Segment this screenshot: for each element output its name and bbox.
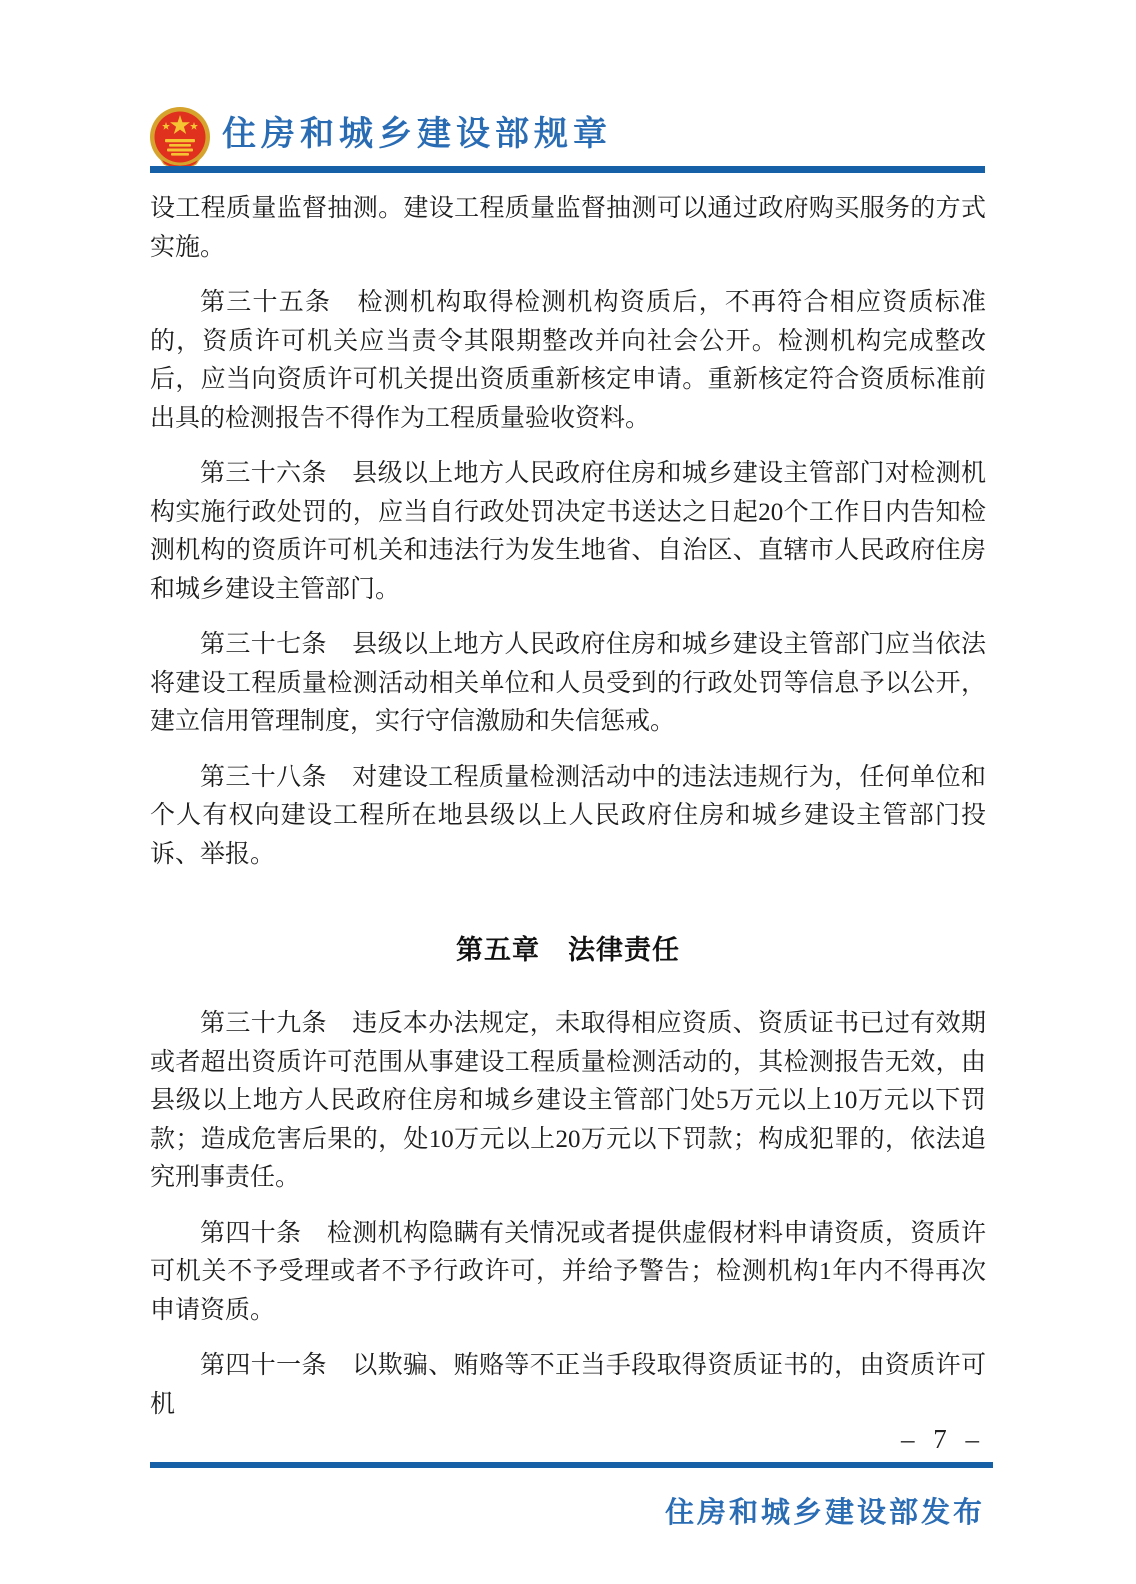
paragraph-article-38: 第三十八条 对建设工程质量检测活动中的违法违规行为，任何单位和个人有权向建设工程… <box>150 759 986 875</box>
header-divider-line <box>150 166 985 173</box>
paragraph-continuation: 设工程质量监督抽测。建设工程质量监督抽测可以通过政府购买服务的方式实施。 <box>150 190 986 267</box>
paragraph-article-37: 第三十七条 县级以上地方人民政府住房和城乡建设主管部门应当依法将建设工程质量检测… <box>150 626 986 742</box>
page-number: – 7 – <box>901 1424 985 1455</box>
chapter-heading: 第五章 法律责任 <box>150 931 986 969</box>
paragraph-article-39: 第三十九条 违反本办法规定，未取得相应资质、资质证书已过有效期或者超出资质许可范… <box>150 1005 986 1198</box>
national-emblem-icon <box>148 106 212 172</box>
footer-publisher: 住房和城乡建设部发布 <box>665 1490 985 1531</box>
paragraph-article-40: 第四十条 检测机构隐瞒有关情况或者提供虚假材料申请资质，资质许可机关不予受理或者… <box>150 1215 986 1331</box>
document-body: 设工程质量监督抽测。建设工程质量监督抽测可以通过政府购买服务的方式实施。 第三十… <box>150 190 986 1424</box>
document-page: 住房和城乡建设部规章 设工程质量监督抽测。建设工程质量监督抽测可以通过政府购买服… <box>0 0 1136 1584</box>
paragraph-article-35: 第三十五条 检测机构取得检测机构资质后，不再符合相应资质标准的，资质许可机关应当… <box>150 284 986 438</box>
footer-divider-line <box>150 1462 993 1468</box>
paragraph-article-36: 第三十六条 县级以上地方人民政府住房和城乡建设主管部门对检测机构实施行政处罚的，… <box>150 455 986 609</box>
paragraph-article-41: 第四十一条 以欺骗、贿赂等不正当手段取得资质证书的，由资质许可机 <box>150 1347 986 1424</box>
document-header-title: 住房和城乡建设部规章 <box>222 112 612 158</box>
